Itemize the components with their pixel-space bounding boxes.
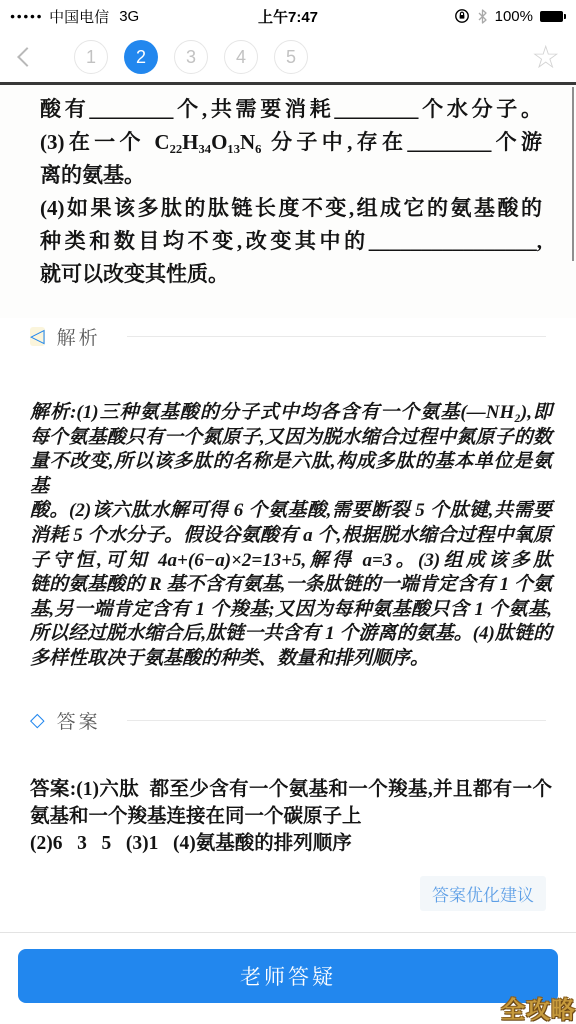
text-line: 消耗 5 个水分子。假设谷氨酸有 a 个,根据脱水缩合过程中氧原: [30, 524, 552, 549]
optimize-link-row: 答案优化建议: [0, 876, 576, 911]
page-button-3[interactable]: 3: [174, 40, 208, 74]
status-bar: ●●●●● 中国电信 3G 上午7:47 100%: [0, 0, 576, 32]
page-button-5[interactable]: 5: [274, 40, 308, 74]
diamond-icon: ◇: [30, 711, 45, 730]
text-line: 种类和数目均不变,改变其中的________________,: [40, 225, 542, 258]
battery-icon: [540, 11, 566, 22]
watermark: 全攻略: [501, 990, 576, 1024]
text-line: 链的氨基酸的 R 基不含有氨基,一条肽链的一端肯定含有 1 个氨: [30, 573, 552, 598]
divider: [127, 336, 546, 337]
bluetooth-icon: [477, 9, 488, 24]
text-line: 多样性取决于氨基酸的种类、数量和排列顺序。: [30, 647, 552, 672]
text-line: 酸。(2)该六肽水解可得 6 个氨基酸,需要断裂 5 个肽键,共需要: [30, 499, 552, 524]
analysis-header: ◁ 解析: [0, 322, 576, 350]
page-button-2[interactable]: 2: [124, 40, 158, 74]
nav-bar: 12345 ☆: [0, 32, 576, 82]
answer-header: ◇ 答案: [0, 706, 576, 734]
text-line: (2)6 3 5 (3)1 (4)氨基酸的排列顺序: [30, 830, 552, 857]
scan-box-right-border: [572, 87, 574, 261]
status-bar-right: 100%: [454, 8, 566, 25]
pagination: 12345: [74, 40, 308, 74]
text-line: 量不改变,所以该多肽的名称是六肽,构成多肽的基本单位是氨基: [30, 450, 552, 499]
battery-percent-label: 100%: [495, 8, 533, 25]
answer-title: 答案: [57, 707, 101, 734]
question-text: 酸有________个,共需要消耗________个水分子。(3)在一个 C₂₂…: [0, 85, 576, 291]
divider: [127, 720, 546, 721]
text-line: 氨基和一个羧基连接在同一个碳原子上: [30, 803, 552, 830]
text-line: 就可以改变其性质。: [40, 258, 542, 291]
answer-text: 答案:(1)六肽 都至少含有一个氨基和一个羧基,并且都有一个氨基和一个羧基连接在…: [30, 776, 552, 857]
page-button-4[interactable]: 4: [224, 40, 258, 74]
back-button[interactable]: [17, 47, 37, 67]
question-scan-area: 酸有________个,共需要消耗________个水分子。(3)在一个 C₂₂…: [0, 82, 576, 318]
orientation-lock-icon: [454, 8, 470, 24]
analysis-title: 解析: [57, 323, 101, 350]
answer-optimize-link[interactable]: 答案优化建议: [420, 876, 546, 911]
text-line: (3)在一个 C₂₂H₃₄O₁₃N₆ 分子中,存在________个游: [40, 126, 542, 159]
ask-teacher-button[interactable]: 老师答疑: [18, 949, 558, 1003]
text-line: 所以经过脱水缩合后,肽链一共含有 1 个游离的氨基。(4)肽链的: [30, 622, 552, 647]
analysis-text: 解析:(1)三种氨基酸的分子式中均各含有一个氨基(—NH₂),即每个氨基酸只有一…: [30, 401, 552, 672]
text-line: 每个氨基酸只有一个氮原子,又因为脱水缩合过程中氮原子的数: [30, 426, 552, 451]
bottom-bar: 老师答疑: [0, 932, 576, 1024]
text-line: (4)如果该多肽的肽链长度不变,组成它的氨基酸的: [40, 192, 542, 225]
text-line: 子守恒,可知 4a+(6−a)×2=13+5,解得 a=3。(3)组成该多肽: [30, 549, 552, 574]
favorite-star-icon[interactable]: ☆: [531, 41, 560, 73]
text-line: 基,另一端肯定含有 1 个羧基;又因为每种氨基酸只含 1 个氨基,: [30, 598, 552, 623]
text-line: 答案:(1)六肽 都至少含有一个氨基和一个羧基,并且都有一个: [30, 776, 552, 803]
text-line: 酸有________个,共需要消耗________个水分子。: [40, 93, 542, 126]
text-line: 离的氨基。: [40, 159, 542, 192]
text-line: 解析:(1)三种氨基酸的分子式中均各含有一个氨基(—NH₂),即: [30, 401, 552, 426]
triangle-icon: ◁: [30, 327, 45, 346]
page-button-1[interactable]: 1: [74, 40, 108, 74]
